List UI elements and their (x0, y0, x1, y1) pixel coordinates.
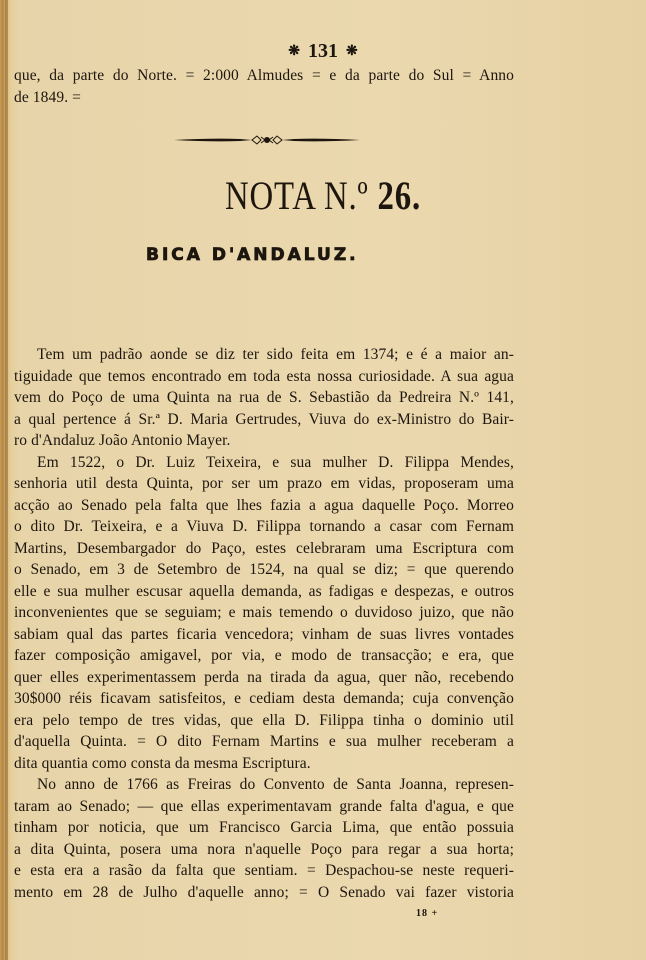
paragraph-line: No anno de 1766 as Freiras do Convento d… (14, 775, 514, 795)
decorative-rule-icon (172, 134, 362, 146)
paragraph-line: sabiam qual das partes ficaria vencedora… (14, 625, 514, 645)
paragraph-line: a dita Quinta, posera uma nora n'aquelle… (14, 840, 514, 860)
note-number: 26. (378, 173, 421, 218)
page-number: ❋ 131 ❋ (0, 40, 646, 63)
section-title: BICA D'ANDALUZ. (146, 245, 359, 265)
carryover-line: que, da parte do Norte. = 2:000 Almudes … (14, 66, 514, 86)
paragraph-line: inconvenientes que se seguiam; e mais te… (14, 603, 514, 623)
paragraph-line: d'aquella Quinta. = O dito Fernam Martin… (14, 732, 514, 752)
paragraph-line: fazer composição amigavel, por via, e mo… (14, 646, 514, 666)
paragraph-line: Martins, Desembargador do Paço, estes ce… (14, 539, 514, 559)
paragraph-line: elle e sua mulher escusar aquella demand… (14, 582, 514, 602)
paragraph-line: tiguidade que temos encontrado em toda e… (14, 367, 514, 387)
note-title-prefix: NOTA N.º (225, 173, 368, 218)
paragraph-line: era pelo tempo de tres vidas, que ella D… (14, 711, 514, 731)
binding-edge (5, 0, 8, 960)
paragraph-line: acção ao Senado pela falta que lhes fazi… (14, 496, 514, 516)
paragraph-line: dita quantia como consta da mesma Escrip… (14, 754, 514, 774)
paragraph-line: Tem um padrão aonde se diz ter sido feit… (14, 345, 514, 365)
paragraph-line: taram ao Senado; — que ellas experimenta… (14, 797, 514, 817)
paragraph-line: o dito Dr. Teixeira, e a Viuva D. Filipp… (14, 517, 514, 537)
paragraph-line: quer elles experimentassem perda na tira… (14, 668, 514, 688)
ornament-star-icon: ❋ (346, 44, 358, 59)
carryover-line: de 1849. = (14, 88, 514, 108)
paragraph-line: senhoria util desta Quinta, por ser um p… (14, 474, 514, 494)
paragraph-line: vem do Poço de uma Quinta na rua de S. S… (14, 388, 514, 408)
paragraph-line: e esta era a rasão da falta que sentiam.… (14, 861, 514, 881)
paragraph-line: tinham por noticia, que um Francisco Gar… (14, 818, 514, 838)
book-page: ❋ 131 ❋ que, da parte do Norte. = 2:000 … (0, 0, 646, 960)
paragraph-line: mento em 28 de Julho d'aquelle anno; = O… (14, 883, 514, 903)
paragraph-line: Em 1522, o Dr. Luiz Teixeira, e sua mulh… (14, 453, 514, 473)
signature-mark: 18 + (416, 908, 438, 919)
paragraph-line: o Senado, em 3 de Setembro de 1524, na q… (14, 560, 514, 580)
page-number-value: 131 (308, 40, 338, 62)
ornament-star-icon: ❋ (288, 44, 300, 59)
paragraph-line: ro d'Andaluz João Antonio Mayer. (14, 431, 514, 451)
paragraph-line: 30$000 réis ficavam satisfeitos, e cedia… (14, 689, 514, 709)
note-title: NOTA N.º 26. (58, 173, 588, 219)
paragraph-line: a qual pertence á Sr.ª D. Maria Gertrude… (14, 410, 514, 430)
